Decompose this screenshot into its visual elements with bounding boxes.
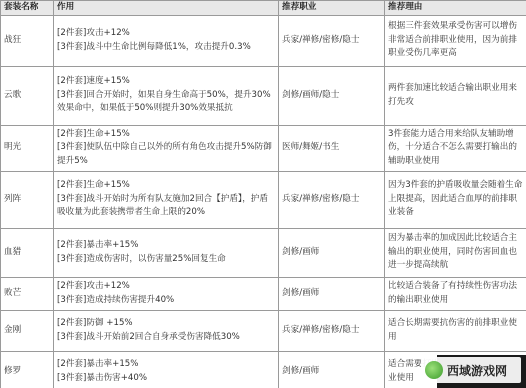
set-name: 修罗 bbox=[1, 351, 54, 388]
set-name: 明光 bbox=[1, 125, 54, 171]
header-row: 套装名称 作用 推荐职业 推荐理由 bbox=[1, 1, 526, 16]
set-name: 战狂 bbox=[1, 15, 54, 66]
recommend-reason: 因为3件套的护盾吸收量会随着生命上限提高，因此适合血厚的前排职业装备 bbox=[385, 171, 526, 228]
recommend-reason: 比较适合装备了有持续性伤害功法的输出职业使用 bbox=[385, 277, 526, 310]
header-recommended-class: 推荐职业 bbox=[279, 1, 385, 16]
set-effect: [2件套]生命+15%[3件套]战斗开始时为所有队友施加2回合【护盾】，护盾吸收… bbox=[54, 171, 279, 228]
header-reason: 推荐理由 bbox=[385, 1, 526, 16]
recommended-class: 剑修/画师/隐士 bbox=[279, 66, 385, 125]
recommended-class: 剑修/画师 bbox=[279, 228, 385, 277]
set-effect: [2件套]攻击+12%[3件套]造成持续伤害提升40% bbox=[54, 277, 279, 310]
equipment-set-table: 套装名称 作用 推荐职业 推荐理由 战狂 [2件套]攻击+12%[3件套]战斗中… bbox=[0, 0, 526, 388]
recommended-class: 剑修/画师 bbox=[279, 277, 385, 310]
set-name: 血猎 bbox=[1, 228, 54, 277]
set-effect: [2件套]生命+15%[3件套]使队伍中除自己以外的所有角色攻击提升5%防御提升… bbox=[54, 125, 279, 171]
set-name: 金刚 bbox=[1, 310, 54, 351]
watermark-text: 西域游戏网 bbox=[447, 362, 507, 379]
table-row: 败芒 [2件套]攻击+12%[3件套]造成持续伤害提升40% 剑修/画师 比较适… bbox=[1, 277, 526, 310]
header-effect: 作用 bbox=[54, 1, 279, 16]
set-effect: [2件套]暴击率+15%[3件套]暴击伤害+40% bbox=[54, 351, 279, 388]
site-logo-icon bbox=[425, 361, 443, 379]
recommend-reason: 根据三件套效果承受伤害可以增伤非常适合前排职业使用，因为前排职业受伤几率更高 bbox=[385, 15, 526, 66]
recommended-class: 剑修/画师 bbox=[279, 351, 385, 388]
recommended-class: 医师/舞姬/书生 bbox=[279, 125, 385, 171]
recommended-class: 兵家/禅修/密修/隐士 bbox=[279, 171, 385, 228]
set-effect: [2件套]暴击率+15%[3件套]造成伤害时，以伤害量25%回复生命 bbox=[54, 228, 279, 277]
set-name: 云歌 bbox=[1, 66, 54, 125]
table-row: 血猎 [2件套]暴击率+15%[3件套]造成伤害时，以伤害量25%回复生命 剑修… bbox=[1, 228, 526, 277]
set-effect: [2件套]攻击+12%[3件套]战斗中生命比例每降低1%，攻击提升0.3% bbox=[54, 15, 279, 66]
set-name: 败芒 bbox=[1, 277, 54, 310]
recommend-reason: 适合长期需要抗伤害的前排职业使用 bbox=[385, 310, 526, 351]
table-row: 列阵 [2件套]生命+15%[3件套]战斗开始时为所有队友施加2回合【护盾】，护… bbox=[1, 171, 526, 228]
recommended-class: 兵家/禅修/密修/隐士 bbox=[279, 15, 385, 66]
set-name: 列阵 bbox=[1, 171, 54, 228]
table-row: 明光 [2件套]生命+15%[3件套]使队伍中除自己以外的所有角色攻击提升5%防… bbox=[1, 125, 526, 171]
table-row: 战狂 [2件套]攻击+12%[3件套]战斗中生命比例每降低1%，攻击提升0.3%… bbox=[1, 15, 526, 66]
recommend-reason: 3件套能力适合用来给队友辅助增伤，十分适合不怎么需要打输出的辅助职业使用 bbox=[385, 125, 526, 171]
recommend-reason: 两件套加速比较适合输出职业用来打先攻 bbox=[385, 66, 526, 125]
set-effect: [2件套]防御 +15%[3件套]战斗开始前2回合自身承受伤害降低30% bbox=[54, 310, 279, 351]
watermark: 西域游戏网 bbox=[437, 355, 526, 388]
header-set-name: 套装名称 bbox=[1, 1, 54, 16]
set-effect: [2件套]速度+15%[3件套]回合开始时，如果自身生命高于50%，提升30%效… bbox=[54, 66, 279, 125]
table-row: 金刚 [2件套]防御 +15%[3件套]战斗开始前2回合自身承受伤害降低30% … bbox=[1, 310, 526, 351]
recommend-reason: 因为暴击率的加成因此比较适合主输出的职业使用，同时伤害回血也进一步提高续航 bbox=[385, 228, 526, 277]
recommended-class: 兵家/禅修/密修/隐士 bbox=[279, 310, 385, 351]
watermark-badge: 西域游戏网 bbox=[421, 357, 521, 383]
table-row: 云歌 [2件套]速度+15%[3件套]回合开始时，如果自身生命高于50%，提升3… bbox=[1, 66, 526, 125]
